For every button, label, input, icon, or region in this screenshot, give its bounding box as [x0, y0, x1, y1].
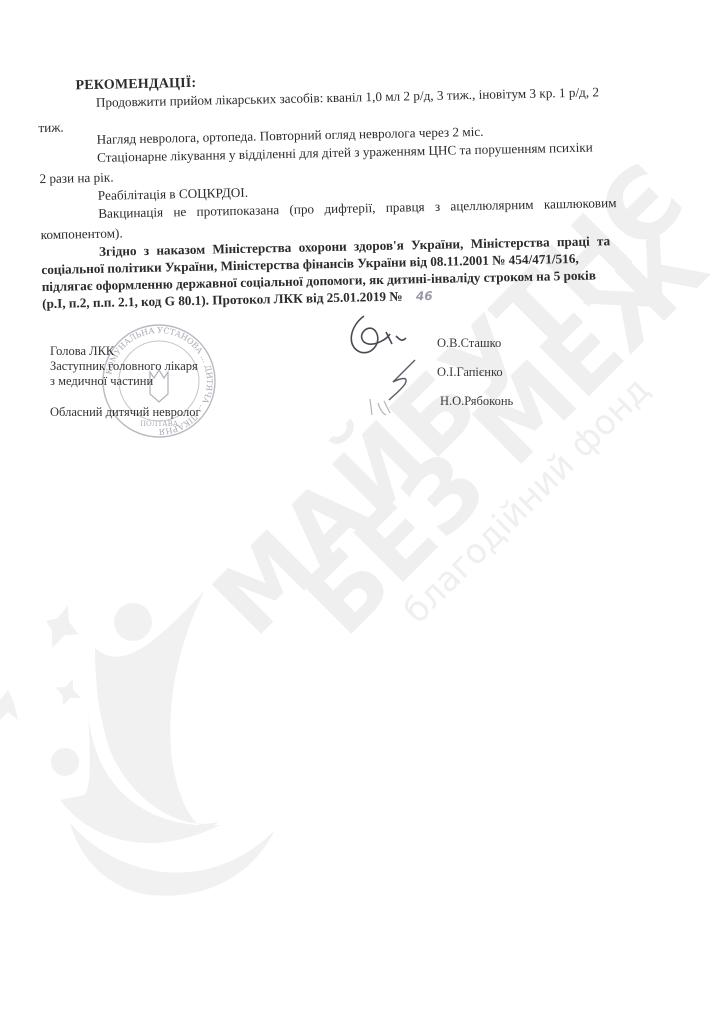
paragraph-inpatient-cont: 2 рази на рік.: [39, 170, 113, 188]
role-deputy: Заступник головного лікаря: [50, 359, 198, 374]
signature-3-icon: [366, 395, 396, 420]
recommendations-heading: РЕКОМЕНДАЦІЇ:: [75, 76, 196, 95]
paragraph-rehabilitation: Реабілітація в СОЦКРДОІ.: [98, 185, 249, 204]
signatory-name-2: О.І.Гапієнко: [437, 365, 503, 380]
paragraph-medications-cont: тиж.: [38, 120, 64, 137]
signatory-name-1: О.В.Сташко: [437, 336, 501, 351]
stamp-footer: ПОЛТАВА: [140, 420, 179, 428]
signatory-name-3: Н.О.Рябоконь: [440, 394, 513, 409]
role-deputy-cont: з медичної частини: [50, 374, 153, 389]
protocol-number-handwritten: 46: [416, 289, 433, 303]
paragraph-vaccination-cont: компонентом).: [40, 225, 122, 243]
role-neurologist: Обласний дитячий невролог: [50, 405, 201, 420]
document-body: РЕКОМЕНДАЦІЇ: Продовжити прийом лікарськ…: [0, 0, 715, 8]
role-chair: Голова ЛКК: [50, 344, 114, 359]
document-page: РЕКОМЕНДАЦІЇ: Продовжити прийом лікарськ…: [0, 0, 719, 1024]
signature-1-icon: [342, 312, 412, 362]
